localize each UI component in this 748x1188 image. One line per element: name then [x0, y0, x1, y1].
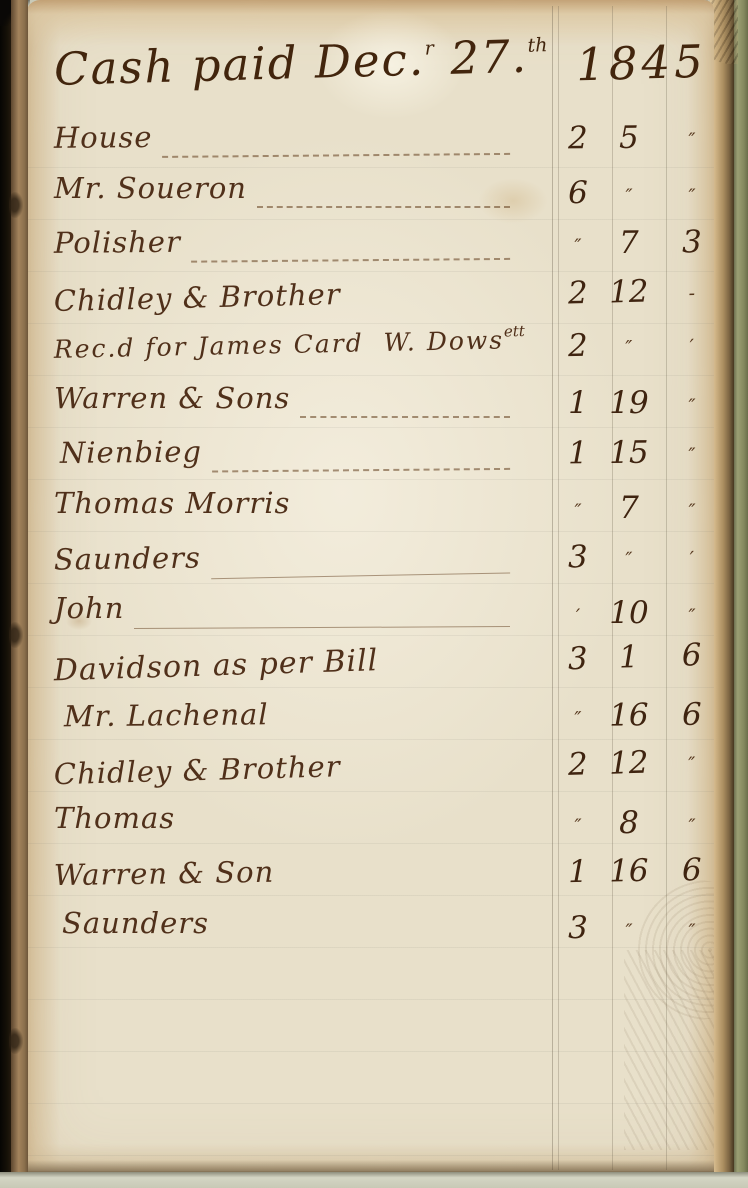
entry-name: Chidley & Brother: [53, 749, 341, 791]
entry-shillings: 7: [602, 490, 656, 526]
leader-line: [351, 308, 510, 314]
entry-shillings: 7: [602, 225, 656, 261]
entry-shillings: 10: [602, 595, 656, 631]
entry-shillings: ″: [602, 185, 656, 207]
ledger-page: Cash paid Dec.r 27.th1845 – House 2 5 ″ …: [26, 0, 714, 1174]
entry-pence: ″: [662, 605, 714, 627]
entry-name-superscript: ett: [504, 322, 525, 340]
ledger-row: Warren & Son 1 16 6: [54, 848, 714, 911]
entry-pounds: ″: [548, 815, 608, 837]
leader-line: [300, 521, 510, 523]
entry-pence: ″: [662, 395, 714, 417]
entry-shillings: 12: [601, 273, 656, 310]
entry-pounds: 1: [548, 853, 609, 890]
entry-pence: 3: [662, 224, 714, 261]
title-day: 27.: [433, 30, 528, 86]
entry-shillings: 12: [601, 744, 656, 781]
entry-shillings: 5: [602, 120, 656, 156]
entry-name: Thomas: [54, 801, 175, 835]
ledger-book: Cash paid Dec.r 27.th1845 – House 2 5 ″ …: [0, 0, 748, 1174]
entry-pounds: 3: [548, 910, 608, 946]
entry-shillings: ″: [602, 548, 656, 571]
entry-pounds: 2: [547, 274, 608, 311]
entry-pounds: 2: [547, 327, 608, 364]
entry-pence: ″: [662, 185, 714, 207]
entry-shillings: 1: [601, 638, 656, 676]
entry-pence: ″: [662, 815, 714, 837]
entry-pence: ″: [662, 500, 714, 522]
ledger-row: Mr. Soueron 6 ″ ″: [54, 171, 714, 224]
entry-name: Davidson as per Bill: [53, 643, 378, 688]
ledger-row: Saunders 3 ″ ″: [54, 906, 714, 959]
entry-name: Thomas Morris: [54, 486, 290, 520]
entry-shillings: 8: [602, 805, 656, 841]
entry-shillings: ″: [602, 336, 656, 359]
leader-line: [185, 836, 510, 838]
entry-pounds: ″: [548, 707, 608, 730]
entry-name: Chidley & Brother: [53, 277, 341, 318]
leader-line: [285, 887, 511, 893]
leader-line: [163, 152, 511, 157]
leader-line: [300, 416, 510, 418]
entry-name: Warren & Son: [54, 855, 275, 892]
binding-stitch: [9, 1028, 23, 1054]
entry-pounds: ″: [548, 500, 608, 522]
entry-name: Mr. Soueron: [54, 171, 247, 205]
entry-pounds: 2: [547, 746, 608, 784]
entry-name: Mr. Lachenal: [64, 697, 269, 733]
entry-pence: ″: [662, 444, 714, 467]
title-year: 1845 –: [575, 33, 714, 91]
entry-pounds: ″: [548, 235, 608, 258]
binding-stitch: [9, 192, 23, 218]
entry-pence: 6: [662, 696, 714, 733]
title-superscript-r: r: [424, 37, 434, 59]
ledger-row: Nienbieg 1 15 ″: [54, 430, 714, 488]
entry-pence: ′: [662, 547, 714, 570]
entry-pounds: 3: [547, 640, 608, 678]
entry-name: Saunders: [54, 541, 201, 577]
ledger-row: Thomas ″ 8 ″: [54, 801, 714, 854]
entry-shillings: ″: [602, 920, 656, 942]
entry-pounds: ′: [548, 605, 608, 627]
leader-line: [351, 780, 510, 786]
table-surface: [0, 1172, 748, 1188]
entry-shillings: 16: [602, 853, 657, 890]
book-binding: [11, 0, 28, 1174]
entry-name: Warren & Sons: [54, 381, 290, 415]
entry-shillings: 15: [602, 435, 656, 471]
entry-shillings: 16: [602, 697, 656, 734]
entry-pence: 6: [662, 852, 714, 889]
entry-name: House: [54, 120, 153, 155]
entry-name: John: [54, 591, 124, 625]
leader-line: [211, 571, 510, 579]
ledger-row: House 2 5 ″: [54, 115, 714, 173]
entry-pounds: 6: [548, 175, 608, 211]
leader-line: [279, 730, 510, 734]
entry-pence: ′: [662, 335, 714, 358]
entry-pounds: 2: [548, 120, 608, 157]
ledger-row: Thomas Morris ″ 7 ″: [54, 486, 714, 539]
leader-line: [257, 206, 510, 208]
entry-pence: ″: [662, 129, 714, 152]
entry-pounds: 1: [548, 435, 608, 472]
leader-line: [212, 467, 510, 472]
title-superscript-th: th: [527, 34, 547, 57]
entry-pence: -: [662, 281, 714, 304]
ledger-row: Warren & Sons 1 19 ″: [54, 381, 714, 434]
entry-name: Polisher: [54, 225, 181, 260]
entry-pounds: 1: [548, 385, 608, 421]
book-cover-edge: [732, 0, 748, 1174]
leader-line: [219, 941, 510, 943]
page-title: Cash paid Dec.r 27.th1845 –: [53, 25, 694, 96]
ledger-row: Saunders 3 ″ ′: [54, 533, 714, 595]
entry-pence: ″: [662, 920, 714, 942]
entry-name: Saunders: [62, 906, 209, 940]
entry-shillings: 19: [602, 385, 656, 421]
leader-line: [389, 675, 511, 681]
entries: House 2 5 ″ Mr. Soueron 6 ″ ″ Polisher ″…: [26, 118, 714, 958]
photo-background: Cash paid Dec.r 27.th1845 – House 2 5 ″ …: [0, 0, 748, 1188]
entry-pence: 6: [661, 636, 714, 674]
entry-name: Nienbieg: [60, 435, 202, 470]
leader-line: [134, 625, 510, 629]
binding-stitch: [9, 622, 23, 648]
book-spine: [0, 0, 11, 1174]
entry-pence: ″: [662, 753, 714, 777]
entry-pounds: 3: [548, 539, 608, 576]
edge-smudge: [624, 950, 714, 1150]
title-text: Cash paid Dec.: [53, 33, 425, 96]
leader-line: [191, 257, 510, 262]
